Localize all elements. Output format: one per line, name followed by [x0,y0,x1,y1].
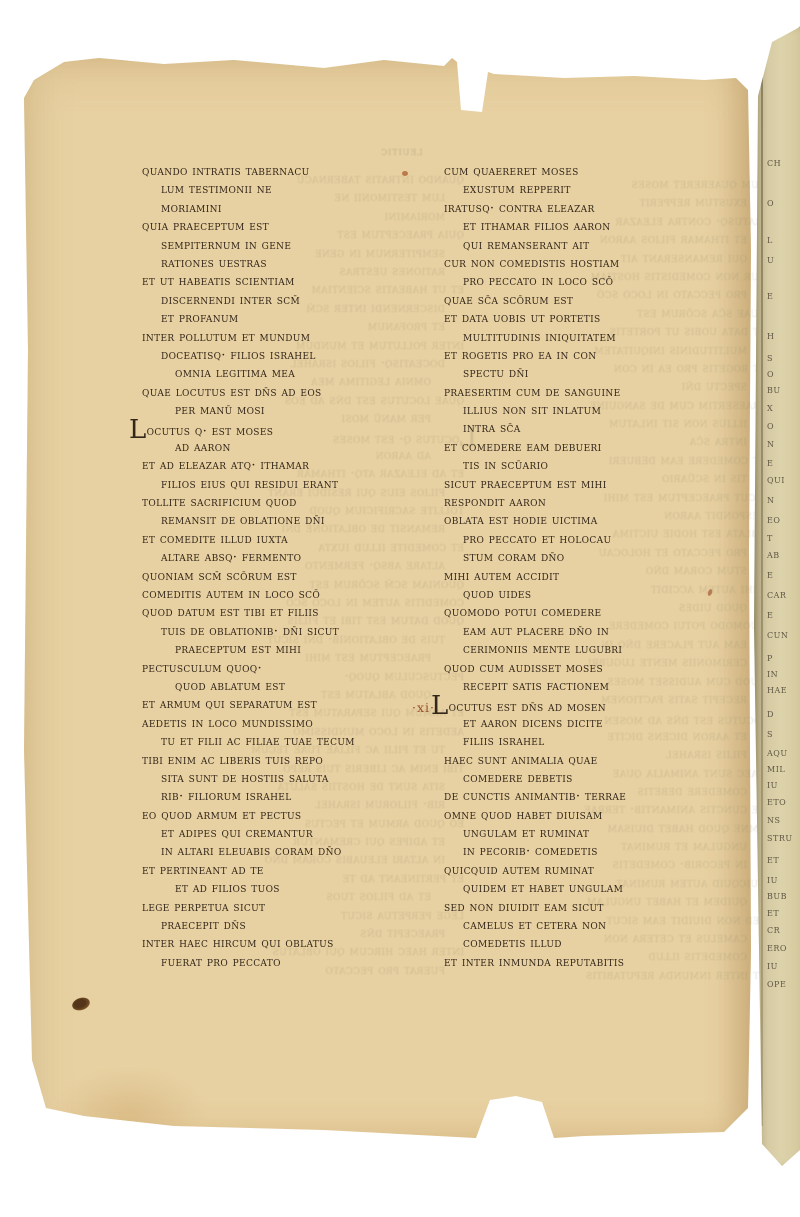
manuscript-line: tollite sacrificium quod [142,494,454,512]
fore-edge-text-fragment: ab [767,547,780,561]
manuscript-photo: leuitic quando intratis tabernaculum tes… [0,0,800,1217]
manuscript-line: quae sc̄a scōrum est [444,292,756,310]
fore-edge-text-fragment: s [767,350,773,364]
fore-edge-crease [761,66,763,1126]
manuscript-line: eo quod armum et pectus [142,807,454,825]
ink-speck [402,171,408,176]
manuscript-line: in pecorib· comedetis [444,843,756,861]
fore-edge-text-fragment: u [767,252,774,266]
manuscript-line: exustum repperit [444,181,756,199]
manuscript-line: et comedere eam debueri [444,439,756,457]
manuscript-line: fuerat pro peccato [142,954,454,972]
fore-edge-text-fragment: o [767,366,774,380]
manuscript-line: cur non comedistis hostiam [444,255,756,273]
fore-edge-text-fragment: in [767,666,778,680]
manuscript-line: tibi enim ac liberis tuis repo [142,752,454,770]
fore-edge-text-fragment: qui [767,472,785,486]
fore-edge-text-fragment: cr [767,922,780,936]
showthrough-running-title: leuitic [380,144,423,158]
manuscript-line: lum testimonii ne [142,181,454,199]
manuscript-line: quod cum audisset moses [444,660,756,678]
manuscript-line: Locutus q· est moses [142,420,454,438]
fore-edge-text-fragment: hae [767,682,787,696]
fore-edge-text-fragment: s [767,726,773,740]
manuscript-line: et aaron dicens dicite [444,715,756,733]
manuscript-line: spectu dn̄i [444,365,756,383]
manuscript-line: haec sunt animalia quae [444,752,756,770]
fore-edge-text-fragment: ns [767,812,780,826]
manuscript-line: aedetis in loco mundissimo [142,715,454,733]
manuscript-line: sed non diuidit eam sicut [444,899,756,917]
manuscript-line: quae locutus est dn̄s ad eos [142,384,454,402]
fore-edge-text-fragment: t [767,530,773,544]
manuscript-line: et data uobis ut portetis [444,310,756,328]
manuscript-line: filiis israhel [444,733,756,751]
manuscript-line: in altari eleuabis coram dn̄o [142,843,454,861]
fore-edge-text-fragment: p [767,650,773,664]
manuscript-line: ·xi·Locutus est dn̄s ad mosen [444,696,756,714]
fore-edge-text-fragment: e [767,455,773,469]
manuscript-line: praesertim cum de sanguine [444,384,756,402]
manuscript-line: sita sunt de hostiis saluta [142,770,454,788]
fore-edge-text-fragment: ch [767,155,781,169]
manuscript-line: quidem et habet ungulam [444,880,756,898]
manuscript-line: tu et filii ac filiae tuae tecum [142,733,454,751]
fore-edge-text-fragment: e [767,288,773,302]
manuscript-line: oblata est hodie uictima [444,512,756,530]
manuscript-line: ad aaron [142,439,454,457]
fore-edge-text-fragment: o [767,418,774,432]
fore-edge-text-fragment: e [767,567,773,581]
manuscript-line: intra sc̄a [444,420,756,438]
fore-edge-text-fragment: ope [767,976,786,990]
manuscript-line: pro peccato et holocau [444,531,756,549]
manuscript-line: respondit aaron [444,494,756,512]
fore-edge-text-fragment: aqu [767,745,788,759]
manuscript-line: et ithamar filios aaron [444,218,756,236]
fore-edge-text-fragment: n [767,436,775,450]
fore-edge-text-fragment: cun [767,627,788,641]
fore-edge-text-fragment: et [767,852,779,866]
manuscript-line: quod datum est tibi et filiis [142,604,454,622]
manuscript-line: tuis de oblationib· dn̄i sicut [142,623,454,641]
manuscript-line: qui remanserant ait [444,237,756,255]
manuscript-line: remansit de oblatione dn̄i [142,512,454,530]
manuscript-line: tis in scūario [444,457,756,475]
manuscript-line: et profanum [142,310,454,328]
fore-edge-text-fragment: iu [767,872,778,886]
manuscript-line: eam aut placere dn̄o in [444,623,756,641]
manuscript-line: omnia legitima mea [142,365,454,383]
manuscript-line: quicquid autem ruminat [444,862,756,880]
manuscript-line: et rogetis pro ea in con [444,347,756,365]
manuscript-line: pro peccato in loco scō [444,273,756,291]
manuscript-line: quomodo potui comedere [444,604,756,622]
manuscript-line: inter haec hircum qui oblatus [142,935,454,953]
manuscript-line: et armum qui separatum est [142,696,454,714]
manuscript-line: recepit satis factionem [444,678,756,696]
text-column-right: cum quaereret mosesexustum repperitiratu… [444,163,756,972]
fore-edge-text-fragment: l [767,232,773,246]
manuscript-line: et inter inmunda reputabitis [444,954,756,972]
manuscript-line: et ad eleazar atq· ithamar [142,457,454,475]
manuscript-line: et adipes qui cremantur [142,825,454,843]
manuscript-line: discernendi inter scm̄ [142,292,454,310]
manuscript-line: comedetis illud [444,935,756,953]
manuscript-line: moriamini [142,200,454,218]
fore-edge-text-fragment: iu [767,777,778,791]
manuscript-line: iratusq· contra eleazar [444,200,756,218]
fore-edge-text-fragment: x [767,400,773,414]
manuscript-line: rib· filiorum israhel [142,788,454,806]
manuscript-line: stum coram dn̄o [444,549,756,567]
fore-edge-text-fragment: bub [767,888,787,902]
manuscript-line: illius non sit inlatum [444,402,756,420]
fore-edge-text-fragment: eo [767,512,780,526]
manuscript-line: rationes uestras [142,255,454,273]
manuscript-line: filios eius qui residui erant [142,476,454,494]
manuscript-line: mihi autem accidit [444,568,756,586]
manuscript-line: altare absq· fermento [142,549,454,567]
next-folio-fore-edge: choluehsobuxonequineotabecarecunpinhaeds… [752,26,800,1168]
text-column-left: quando intratis tabernaculum testimonii … [142,163,454,972]
manuscript-line: cerimoniis mente lugubri [444,641,756,659]
manuscript-line: comeditis autem in loco scō [142,586,454,604]
manuscript-line: doceatisq· filios israhel [142,347,454,365]
manuscript-line: et ad filios tuos [142,880,454,898]
fore-edge-text-fragment: e [767,607,773,621]
fore-edge-text-fragment: eto [767,794,786,808]
manuscript-line: de cunctis animantib· terrae [444,788,756,806]
parchment-stain [54,1070,204,1160]
fore-edge-text-fragment: stru [767,830,793,844]
manuscript-line: multitudinis iniquitatem [444,329,756,347]
fore-edge-text-fragment: car [767,587,786,601]
fore-edge-text-fragment: ero [767,940,787,954]
manuscript-line: quoniam scm̄ scōrum est [142,568,454,586]
manuscript-line: lege perpetua sicut [142,899,454,917]
manuscript-line: inter pollutum et mundum [142,329,454,347]
manuscript-line: quod ablatum est [142,678,454,696]
manuscript-line: et comedite illud iuxta [142,531,454,549]
fore-edge-text-fragment: mil [767,761,785,775]
manuscript-line: quia praeceptum est [142,218,454,236]
manuscript-line: et ut habeatis scientiam [142,273,454,291]
manuscript-line: per manū mosi [142,402,454,420]
fore-edge-text-fragment: d [767,706,774,720]
manuscript-line: cum quaereret moses [444,163,756,181]
manuscript-line: sempiternum in gene [142,237,454,255]
manuscript-line: praeceptum est mihi [142,641,454,659]
fore-edge-text-fragment: o [767,195,774,209]
manuscript-line: et pertineant ad te [142,862,454,880]
fore-edge-text-fragment: et [767,905,779,919]
fore-edge-text-fragment: bu [767,382,781,396]
manuscript-line: ungulam et ruminat [444,825,756,843]
fore-edge-text-fragment: n [767,492,775,506]
manuscript-line: praecepit dn̄s [142,917,454,935]
manuscript-line: sicut praeceptum est mihi [444,476,756,494]
manuscript-line: pectusculum quoq· [142,660,454,678]
manuscript-line: omne quod habet diuisam [444,807,756,825]
fore-edge-text-fragment: iu [767,958,778,972]
manuscript-line: camelus et cetera non [444,917,756,935]
manuscript-line: comedere debetis [444,770,756,788]
fore-edge-text-fragment: h [767,328,774,342]
